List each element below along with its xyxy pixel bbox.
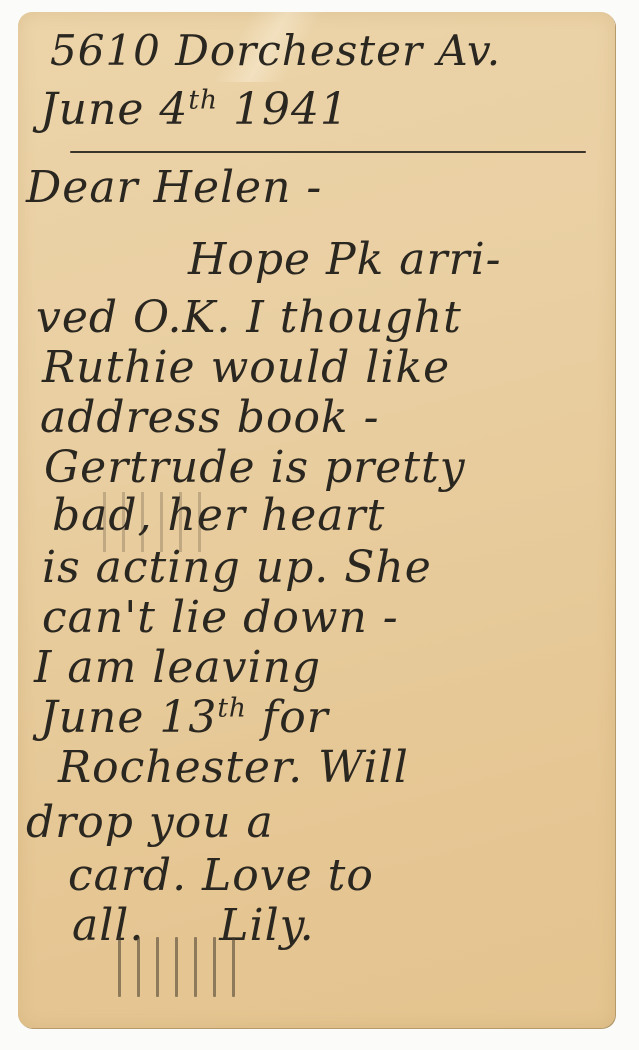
body-line: ved O.K. I thought xyxy=(36,292,462,343)
body-line: I am leaving xyxy=(34,642,321,693)
date-line: June 4th 1941 xyxy=(40,84,349,135)
salutation: Dear Helen - xyxy=(26,162,322,213)
body-line: drop you a xyxy=(26,797,274,848)
date-year: 1941 xyxy=(233,84,349,135)
body-line: can't lie down - xyxy=(42,592,399,643)
body-line: card. Love to xyxy=(68,850,374,901)
june-13-rest: for xyxy=(247,692,329,743)
postmark-strokes xyxy=(118,937,278,1007)
body-line: Gertrude is pretty xyxy=(44,442,466,493)
postmark-ghost-strokes xyxy=(103,492,253,562)
body-line: Ruthie would like xyxy=(42,342,450,393)
body-line: Rochester. Will xyxy=(58,742,409,793)
body-line: June 13th for xyxy=(40,692,329,743)
postcard: 5610 Dorchester Av. June 4th 1941 Dear H… xyxy=(18,12,615,1028)
date-month-day: June 4 xyxy=(40,84,188,135)
body-line: Hope Pk arri- xyxy=(188,234,502,285)
june-13-ordinal: th xyxy=(217,692,247,723)
address-line: 5610 Dorchester Av. xyxy=(50,26,501,75)
june-13-prefix: June 13 xyxy=(40,692,217,743)
body-line: address book - xyxy=(40,392,379,443)
header-divider xyxy=(70,151,586,153)
date-ordinal: th xyxy=(188,84,218,115)
